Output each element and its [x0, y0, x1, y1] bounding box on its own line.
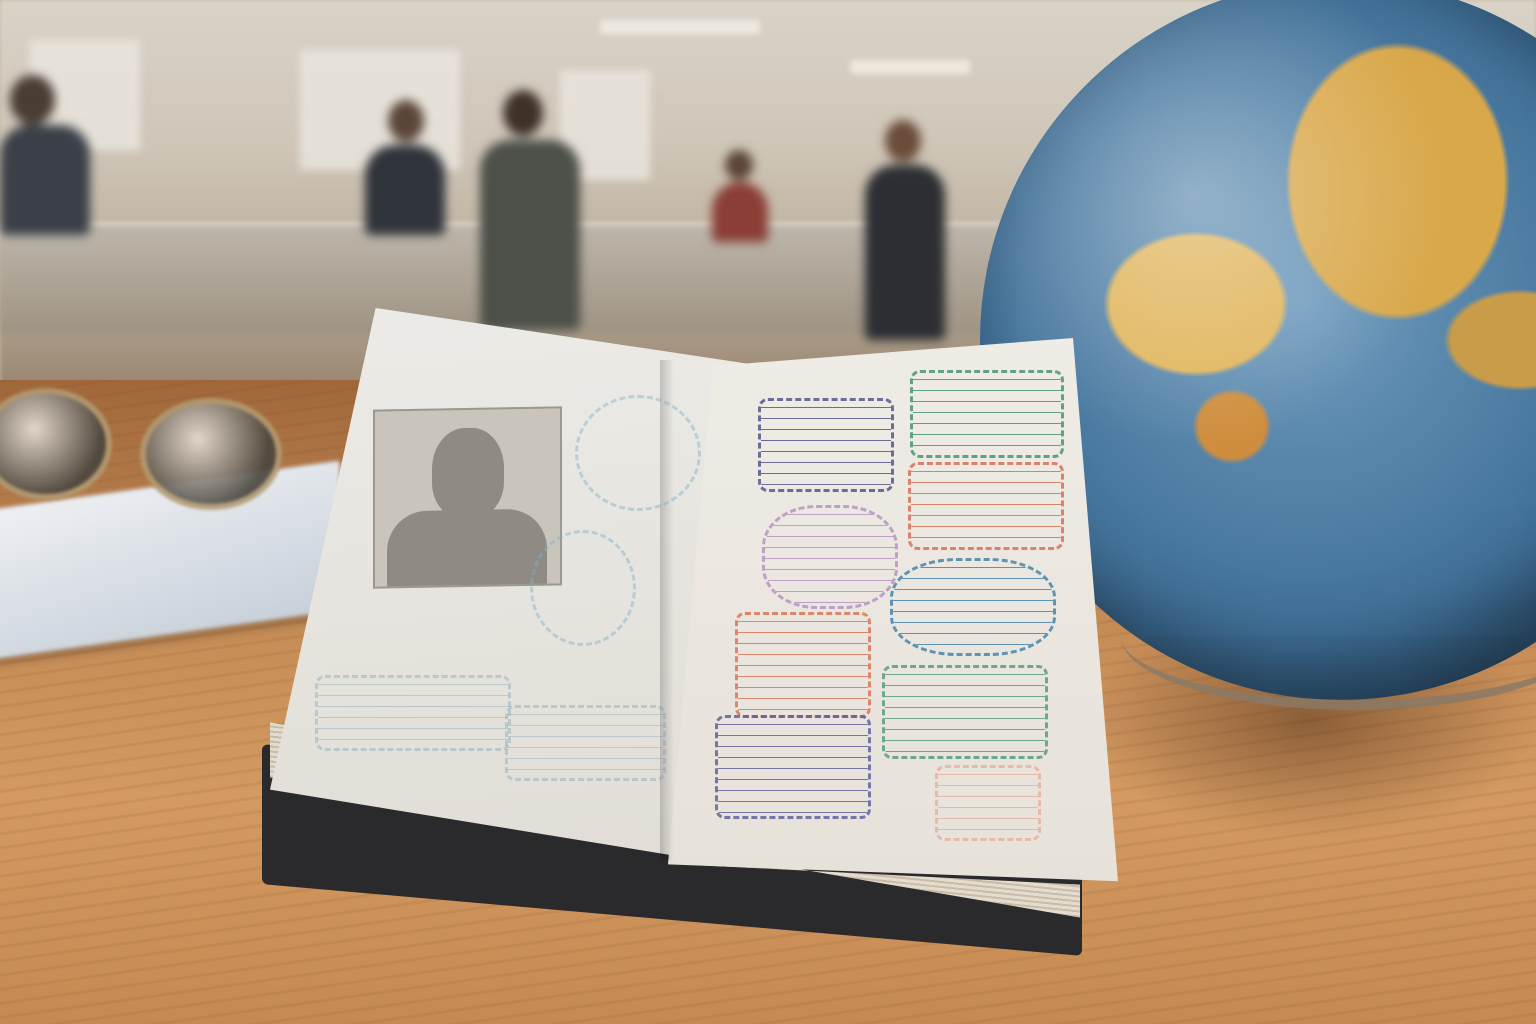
entry-stamp [762, 505, 898, 609]
entry-stamp [908, 462, 1064, 550]
background-person [710, 150, 770, 250]
entry-stamp [758, 398, 894, 492]
faint-stamp [505, 705, 666, 781]
faint-stamp [315, 675, 511, 751]
entry-stamp [890, 558, 1056, 656]
faint-round-stamp [575, 395, 701, 511]
ceiling-light [600, 20, 760, 34]
entry-stamp [935, 765, 1041, 841]
sunglasses [0, 378, 340, 518]
entry-stamp [735, 612, 871, 718]
entry-stamp [715, 715, 871, 819]
background-person [360, 100, 450, 240]
silhouette-body [387, 509, 547, 587]
background-person [860, 120, 950, 340]
entry-stamp [910, 370, 1064, 458]
sunglasses-lens [140, 398, 282, 510]
ceiling-light [850, 60, 970, 74]
silhouette-head [432, 427, 504, 518]
entry-stamp [882, 665, 1048, 759]
passport-photo-placeholder [373, 406, 562, 588]
background-person [475, 90, 595, 330]
faint-round-stamp [530, 530, 636, 646]
background-person [0, 70, 100, 240]
photo-scene [0, 0, 1536, 1024]
sunglasses-lens [0, 388, 112, 500]
